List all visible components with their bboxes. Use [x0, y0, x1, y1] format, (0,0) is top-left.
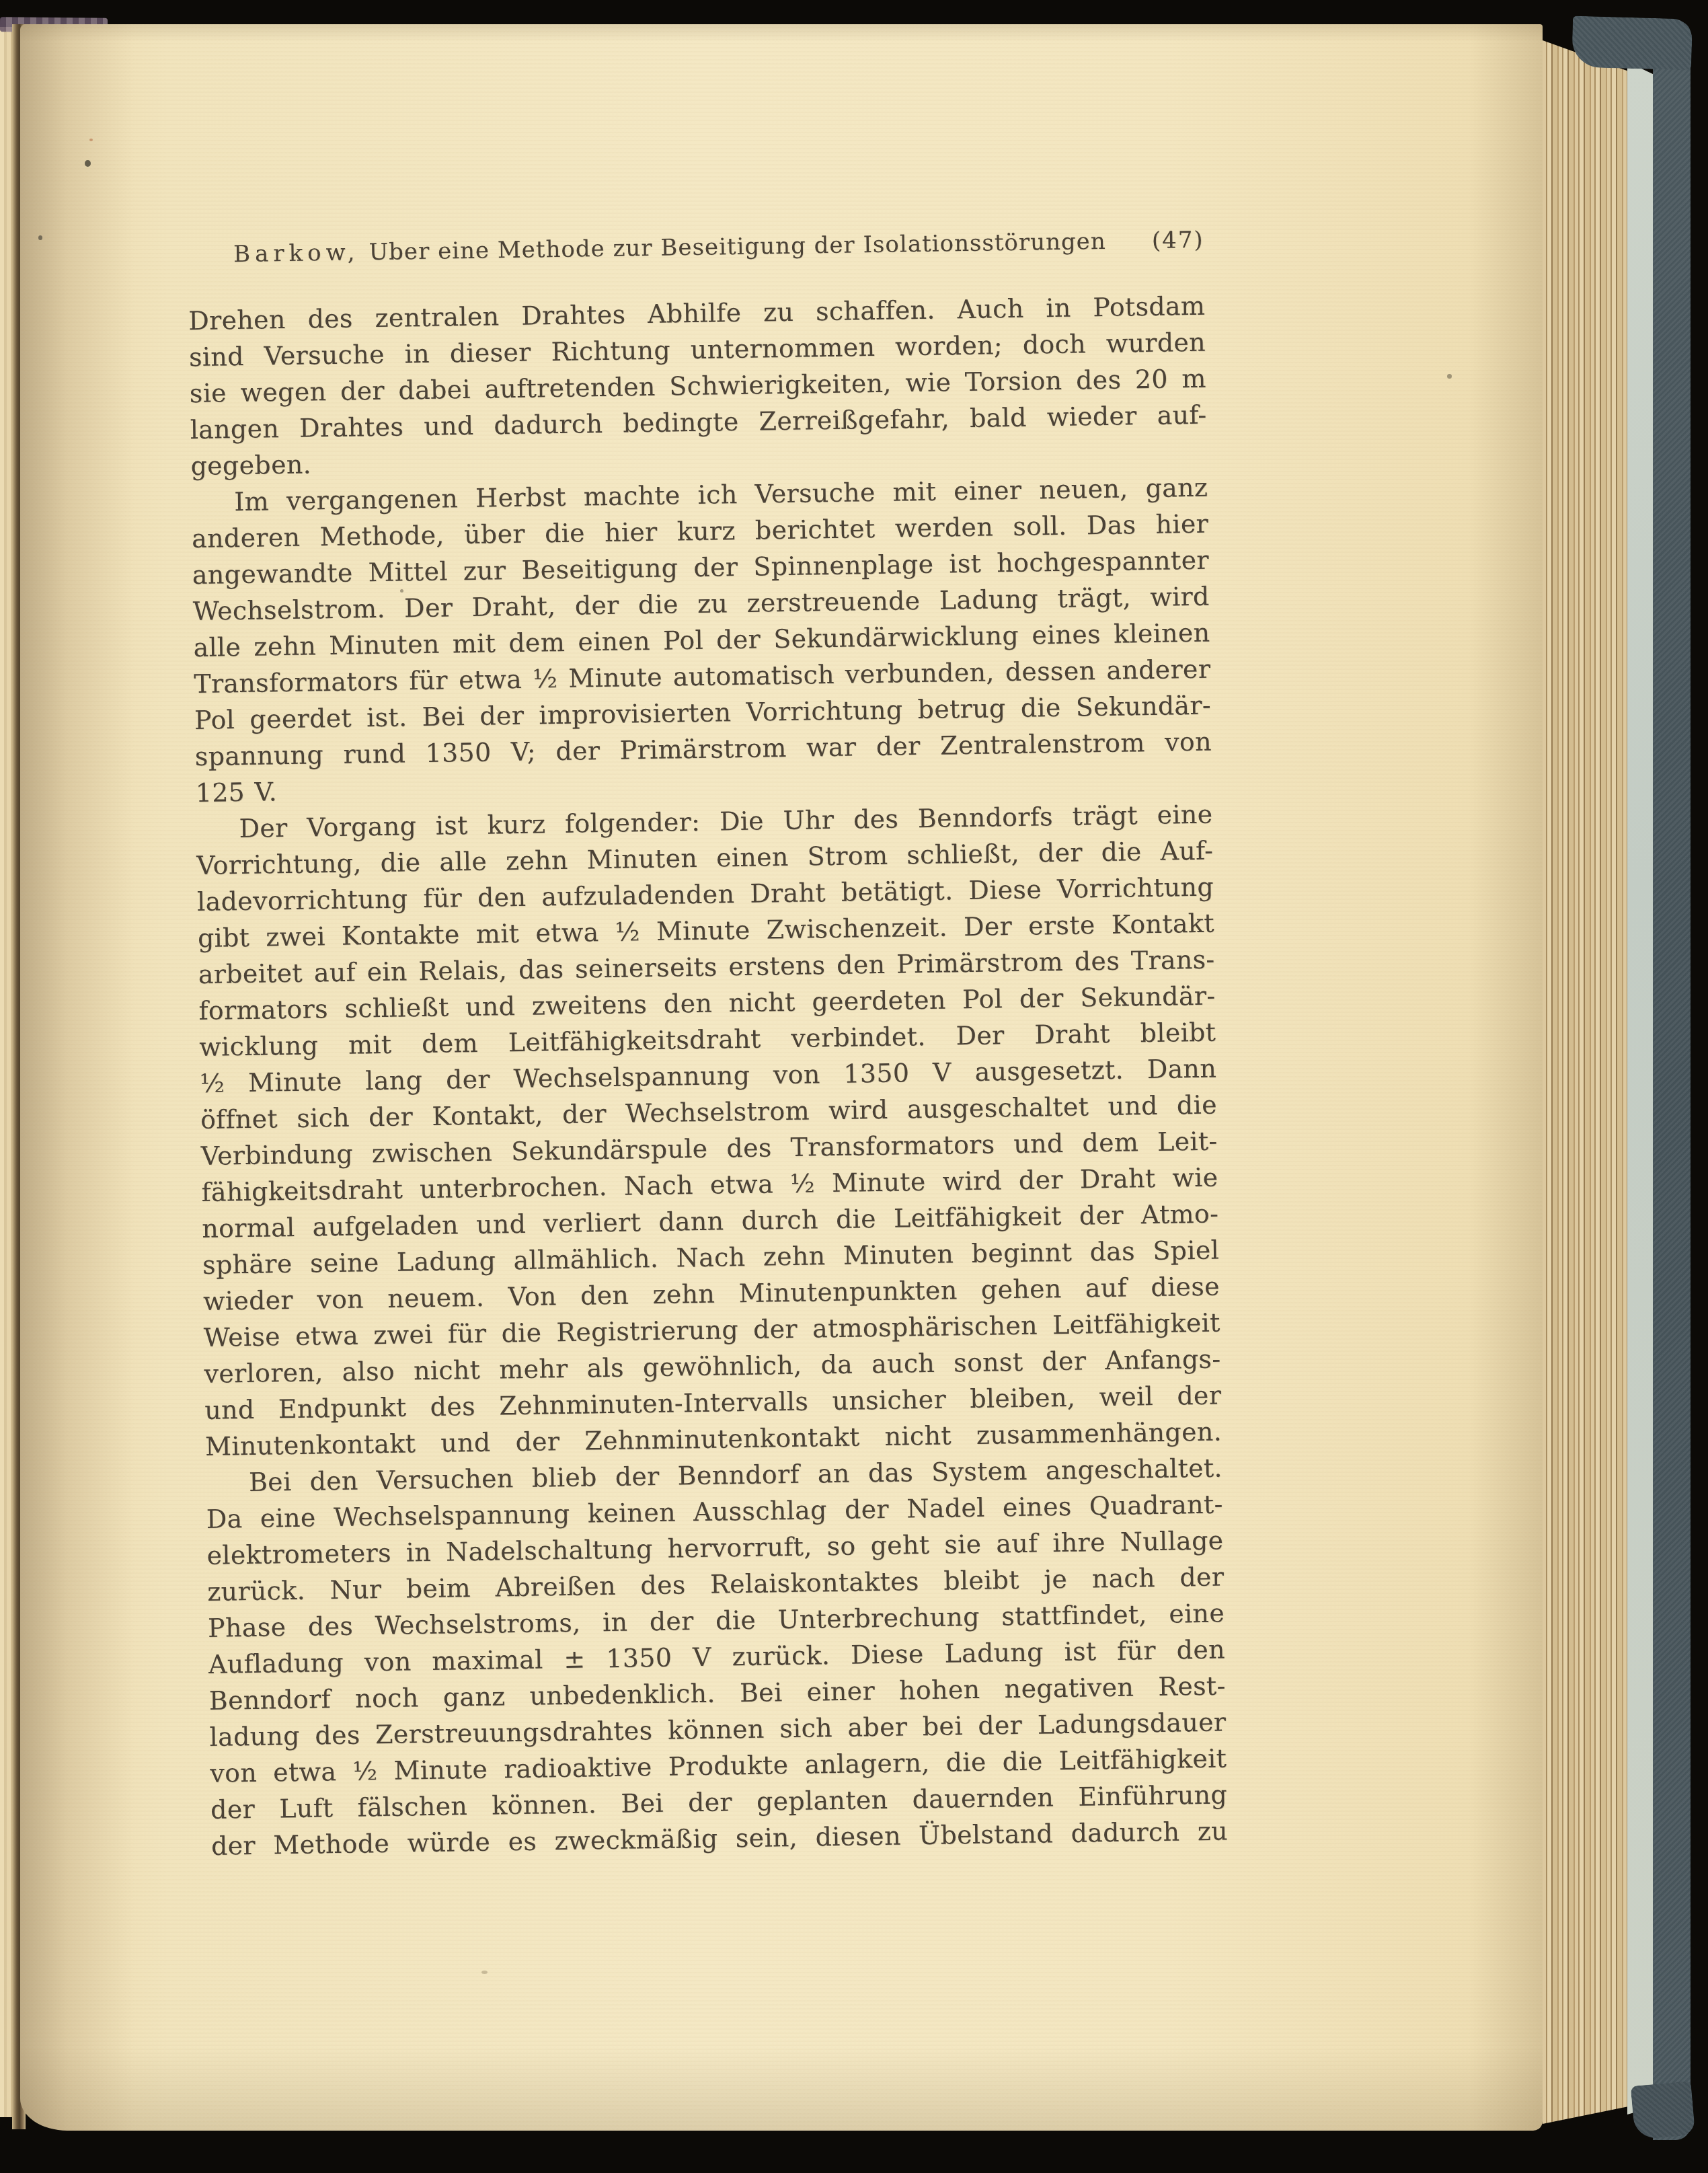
stain-speck	[89, 139, 93, 141]
book-cover-edge	[1653, 22, 1691, 2140]
scan-background: { "document": { "header": { "author": "B…	[0, 0, 1708, 2173]
paragraph: Bei den Versuchen blieb der Benndorf an …	[206, 1450, 1229, 1864]
paragraph: Der Vorgang ist kurz folgender: Die Uhr …	[196, 796, 1222, 1465]
book-cover-corner-bottom	[1631, 2081, 1696, 2140]
endpaper-edge	[1627, 62, 1656, 2114]
stain-speck	[38, 235, 42, 240]
author-name: Barkow,	[233, 239, 360, 268]
header-title: Uber eine Methode zur Beseitigung der Is…	[368, 228, 1106, 266]
stain-speck	[85, 160, 91, 167]
paragraph: Drehen des zentralen Drahtes Abhilfe zu …	[188, 288, 1208, 484]
page-number: (47)	[1151, 222, 1204, 259]
page-edge-stack	[1543, 40, 1629, 2124]
text-block: Barkow,Uber eine Methode zur Beseitigung…	[187, 222, 1228, 1864]
stain-speck	[1447, 374, 1452, 379]
paragraph: Im vergangenen Herbst machte ich Versuch…	[191, 469, 1212, 811]
stain-speck	[481, 1971, 488, 1974]
book-cover-corner-top	[1571, 16, 1693, 71]
